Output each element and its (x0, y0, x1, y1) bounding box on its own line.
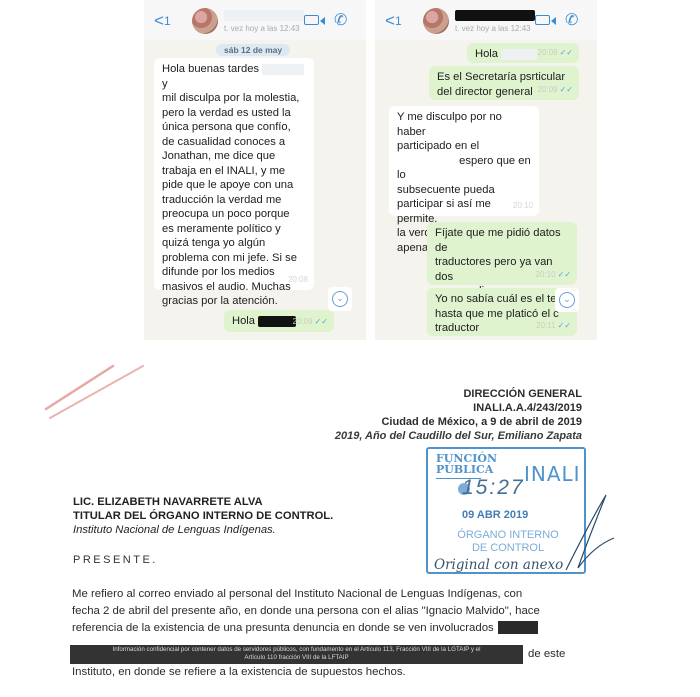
chat-screenshot-right: <1 t. vez hoy a las 12:43 ✆ Hola 20:09✓✓… (375, 0, 597, 340)
redaction-box (498, 621, 538, 634)
message-time: 20:09✓✓ (538, 46, 573, 61)
message-outgoing: Fíjate que me pidió datos de traductores… (427, 222, 577, 285)
recipient-block: LIC. ELIZABETH NAVARRETE ALVA TITULAR DE… (73, 495, 333, 537)
handwritten-note: Original con anexo (434, 557, 563, 573)
redaction-black (258, 316, 296, 327)
letter-body-end: Instituto, en donde se refiere a la exis… (72, 664, 612, 681)
redaction-blank (262, 64, 304, 75)
video-call-lens-icon (551, 17, 556, 25)
red-pencil-marks (40, 350, 150, 420)
chat-screenshot-left: <1 t. vez hoy a las 12:43 ✆ sáb 12 de ma… (144, 0, 366, 340)
message-outgoing: Hola 20:09✓✓ (467, 43, 579, 63)
stamp-logo: INALI (524, 462, 581, 486)
stamp-agency: FUNCIÓN PÚBLICA (436, 453, 497, 475)
read-ticks-icon: ✓✓ (558, 321, 571, 330)
salutation: PRESENTE. (73, 554, 158, 566)
last-seen: t. vez hoy a las 12:43 (455, 24, 531, 33)
contact-name-redacted (455, 10, 535, 21)
phone-icon[interactable]: ✆ (565, 10, 578, 30)
redaction-blank (501, 49, 537, 60)
body-line-tail: de este (528, 648, 565, 660)
body-line: Me refiero al correo enviado al personal… (72, 586, 612, 603)
chat-header: <1 t. vez hoy a las 12:43 ✆ (375, 0, 597, 40)
letter-body: Me refiero al correo enviado al personal… (72, 586, 612, 637)
place-date: Ciudad de México, a 9 de abril de 2019 (335, 415, 582, 429)
message-incoming: Hola buenas tardes y mil disculpa por la… (154, 58, 314, 290)
scroll-down-button[interactable]: ⌄ (328, 287, 352, 311)
video-call-lens-icon (320, 17, 325, 25)
message-incoming: Y me disculpo por no haber participado e… (389, 106, 539, 216)
stamp-date: 09 ABR 2019 (462, 509, 528, 521)
stamp-time: 15:27 (462, 476, 525, 500)
date-chip: sáb 12 de may (216, 44, 290, 56)
unread-count: 1 (395, 14, 402, 28)
message-outgoing: Es el Secretaría psrticular del director… (429, 66, 579, 100)
recipient-title: TITULAR DEL ÓRGANO INTERNO DE CONTROL. (73, 509, 333, 523)
redaction-notice: Información confidencial por contener da… (70, 645, 523, 664)
message-text: Hola (475, 48, 498, 60)
office-name: DIRECCIÓN GENERAL (335, 387, 582, 401)
message-text: Hola buenas tardes (162, 63, 259, 75)
reference-number: INALI.A.A.4/243/2019 (335, 401, 582, 415)
avatar[interactable] (423, 8, 449, 34)
read-ticks-icon: ✓✓ (315, 317, 328, 326)
signature (556, 490, 616, 580)
phone-icon[interactable]: ✆ (334, 10, 347, 30)
message-time: 20:08 (288, 273, 308, 288)
message-time: 20:10✓✓ (536, 268, 571, 283)
last-seen: t. vez hoy a las 12:43 (224, 24, 300, 33)
chat-header: <1 t. vez hoy a las 12:43 ✆ (144, 0, 366, 40)
video-call-icon[interactable] (304, 15, 319, 25)
year-motto: 2019, Año del Caudillo del Sur, Emiliano… (335, 429, 582, 443)
avatar[interactable] (192, 8, 218, 34)
read-ticks-icon: ✓✓ (560, 85, 573, 94)
message-time: 20:11✓✓ (536, 319, 571, 334)
body-line: fecha 2 de abril del presente año, en do… (72, 603, 612, 620)
message-time: 20:10 (513, 199, 533, 214)
read-ticks-icon: ✓✓ (558, 270, 571, 279)
message-time: 20:09✓✓ (293, 315, 328, 330)
chevron-down-icon: ⌄ (332, 291, 348, 307)
chevron-left-icon: < (154, 11, 164, 30)
chevron-left-icon: < (385, 11, 395, 30)
back-button[interactable]: <1 (385, 12, 402, 30)
recipient-name: LIC. ELIZABETH NAVARRETE ALVA (73, 495, 333, 509)
recipient-institution: Instituto Nacional de Lenguas Indígenas. (73, 523, 333, 537)
body-line: referencia de la existencia de una presu… (72, 620, 612, 637)
message-outgoing: Hola 20:09✓✓ (224, 310, 334, 332)
back-button[interactable]: <1 (154, 12, 171, 30)
unread-count: 1 (164, 14, 171, 28)
chevron-down-icon: ⌄ (559, 292, 575, 308)
read-ticks-icon: ✓✓ (560, 48, 573, 57)
scroll-down-button[interactable]: ⌄ (555, 288, 579, 312)
message-time: 20:09✓✓ (538, 83, 573, 98)
contact-name-redacted (224, 10, 304, 21)
video-call-icon[interactable] (535, 15, 550, 25)
message-text: Hola (232, 315, 255, 327)
letter-header: DIRECCIÓN GENERAL INALI.A.A.4/243/2019 C… (335, 387, 582, 443)
message-text: y mil disculpa por la molestia, pero la … (162, 78, 299, 308)
body-line: Instituto, en donde se refiere a la exis… (72, 664, 612, 681)
